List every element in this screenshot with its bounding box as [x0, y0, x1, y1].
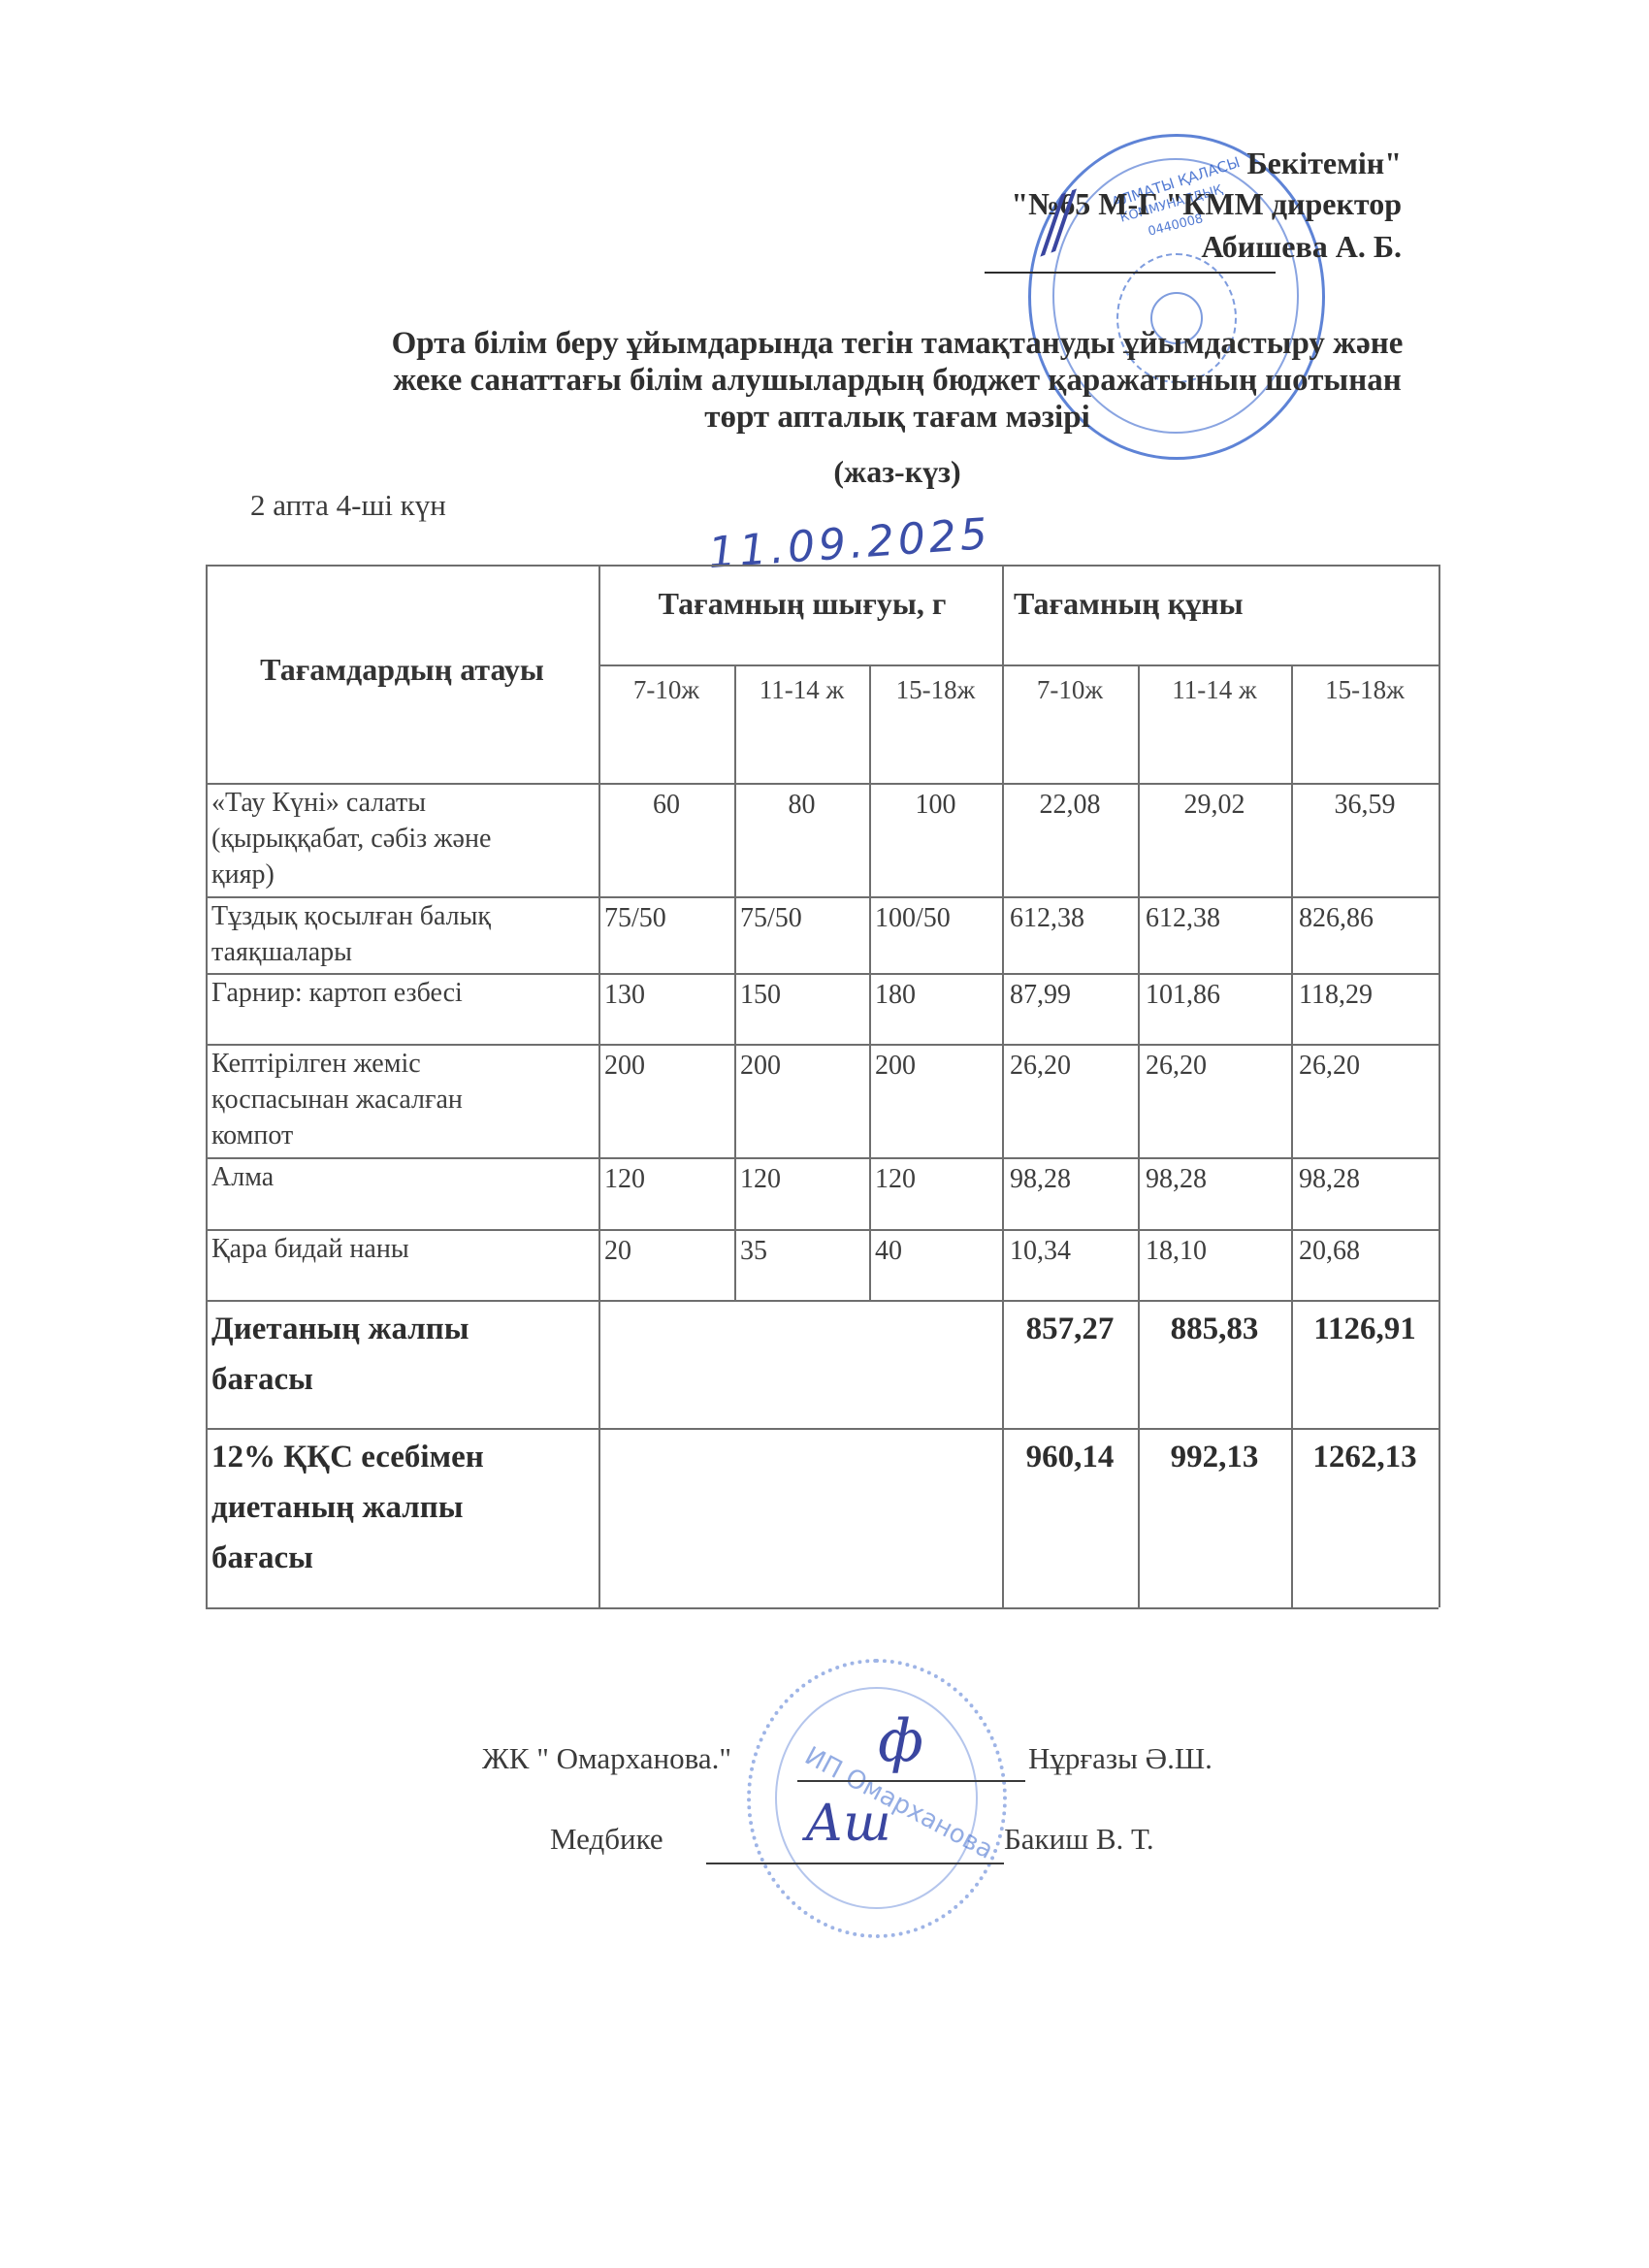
dish-name-line: компот	[211, 1118, 593, 1153]
cost-value: 612,38	[1010, 900, 1084, 936]
cost-value: 87,99	[1010, 977, 1071, 1013]
cost-value: 612,38	[1146, 900, 1220, 936]
approval-line-1: Бекітемін"	[1247, 144, 1403, 182]
total-cost-value: 885,83	[1138, 1304, 1291, 1354]
dish-name-line: Алма	[211, 1159, 593, 1195]
cost-value: 10,34	[1010, 1233, 1071, 1269]
output-value: 120	[604, 1161, 645, 1197]
total-price-vat-label: 12% ҚҚС есебімендиетаның жалпыбағасы	[211, 1432, 593, 1583]
table-rule-v	[206, 565, 208, 1607]
signature-line-1	[797, 1780, 1025, 1782]
table-rule-h	[206, 1300, 1439, 1302]
cost-value: 18,10	[1146, 1233, 1207, 1269]
approval-block: Бекітемін" "№65 М-Г "КММ директор Абишев…	[626, 144, 1402, 279]
output-value: 60	[598, 787, 734, 823]
total-label-line: бағасы	[211, 1354, 593, 1405]
cost-value: 101,86	[1146, 977, 1220, 1013]
table-rule-v	[734, 664, 736, 1300]
dish-name: «Тау Күні» салаты(қырыққабат, сәбіз және…	[211, 785, 593, 892]
signature-right-2: Бакиш В. Т.	[1004, 1822, 1154, 1857]
dish-name-line: қияр)	[211, 857, 593, 892]
total-cost-value: 960,14	[1002, 1432, 1138, 1482]
signature-nurse: Аш	[805, 1795, 891, 1853]
cost-value: 26,20	[1146, 1048, 1207, 1084]
dish-name-line: қоспасынан жасалған	[211, 1082, 593, 1118]
column-header-age: 11-14 ж	[1138, 672, 1291, 708]
cost-value: 22,08	[1002, 787, 1138, 823]
column-header-age: 11-14 ж	[734, 672, 869, 708]
cost-value: 826,86	[1299, 900, 1374, 936]
total-label-line: Диетаның жалпы	[211, 1304, 593, 1354]
output-value: 100/50	[875, 900, 951, 936]
table-rule-v	[1439, 565, 1440, 1607]
dish-name: Кептірілген жемісқоспасынан жасалғанкомп…	[211, 1046, 593, 1153]
total-cost-value: 857,27	[1002, 1304, 1138, 1354]
cost-value: 118,29	[1299, 977, 1373, 1013]
table-rule-v	[598, 565, 600, 1607]
output-value: 80	[734, 787, 869, 823]
signature-line-2	[706, 1863, 1004, 1864]
signature-left-2: Медбике	[550, 1822, 663, 1857]
column-group-cost: Тағамның құны	[1014, 586, 1431, 622]
cost-value: 98,28	[1010, 1161, 1071, 1197]
column-group-output: Тағамның шығуы, г	[610, 586, 994, 622]
cost-value: 98,28	[1299, 1161, 1360, 1197]
output-value: 200	[740, 1048, 781, 1084]
column-header-age: 7-10ж	[1002, 672, 1138, 708]
cost-value: 29,02	[1138, 787, 1291, 823]
table-rule-v	[1138, 664, 1140, 1300]
output-value: 35	[740, 1233, 767, 1269]
output-value: 130	[604, 977, 645, 1013]
week-day-label: 2 апта 4-ші күн	[250, 488, 446, 523]
dish-name-line: Қара бидай наны	[211, 1231, 593, 1267]
output-value: 180	[875, 977, 916, 1013]
total-cost-value: 1262,13	[1291, 1432, 1439, 1482]
cost-value: 26,20	[1299, 1048, 1360, 1084]
output-value: 40	[875, 1233, 902, 1269]
total-label-line: диетаның жалпы	[211, 1482, 593, 1533]
dish-name-line: (қырыққабат, сәбіз және	[211, 821, 593, 857]
dish-name: Тұздық қосылған балықтаяқшалары	[211, 898, 593, 970]
output-value: 200	[604, 1048, 645, 1084]
table-rule-v	[869, 664, 871, 1300]
director-signature-line	[985, 272, 1276, 274]
dish-name-line: таяқшалары	[211, 934, 593, 970]
total-label-line: бағасы	[211, 1533, 593, 1583]
dish-name-line: Тұздық қосылған балық	[211, 898, 593, 934]
output-value: 150	[740, 977, 781, 1013]
dish-name: Гарнир: картоп езбесі	[211, 975, 593, 1011]
output-value: 75/50	[604, 900, 666, 936]
table-rule-h	[206, 565, 1439, 567]
dish-name: Алма	[211, 1159, 593, 1195]
signature-right-1: Нұрғазы Ә.Ш.	[1028, 1741, 1212, 1776]
column-header-age: 15-18ж	[869, 672, 1002, 708]
title-line-1: Орта білім беру ұйымдарында тегін тамақт…	[242, 325, 1552, 362]
dish-name-line: Гарнир: картоп езбесі	[211, 975, 593, 1011]
dish-name: Қара бидай наны	[211, 1231, 593, 1267]
output-value: 200	[875, 1048, 916, 1084]
cost-value: 26,20	[1010, 1048, 1071, 1084]
document-title: Орта білім беру ұйымдарында тегін тамақт…	[242, 325, 1552, 436]
signature-left-1: ЖК " Омарханова."	[482, 1741, 731, 1776]
output-value: 100	[869, 787, 1002, 823]
total-cost-value: 992,13	[1138, 1432, 1291, 1482]
dish-name-line: Кептірілген жеміс	[211, 1046, 593, 1082]
title-line-3: төрт апталық тағам мәзірі	[242, 399, 1552, 436]
total-label-line: 12% ҚҚС есебімен	[211, 1432, 593, 1482]
menu-table: Тағамдардың атауыТағамның шығуы, гТағамн…	[206, 565, 1439, 1607]
output-value: 120	[875, 1161, 916, 1197]
approval-line-2: "№65 М-Г "КММ директор	[1011, 184, 1402, 223]
season-label: (жаз-күз)	[242, 454, 1552, 490]
table-rule-h	[598, 664, 1439, 666]
approval-line-3: Абишева А. Б.	[1201, 227, 1402, 266]
total-price-label: Диетаның жалпыбағасы	[211, 1304, 593, 1405]
table-rule-v	[1291, 664, 1293, 1300]
column-header-age: 15-18ж	[1291, 672, 1439, 708]
total-cost-value: 1126,91	[1291, 1304, 1439, 1354]
table-rule-h	[206, 1428, 1439, 1430]
cost-value: 20,68	[1299, 1233, 1360, 1269]
signature-entrepreneur: ф	[878, 1707, 923, 1775]
output-value: 75/50	[740, 900, 802, 936]
column-header-age: 7-10ж	[598, 672, 734, 708]
output-value: 20	[604, 1233, 631, 1269]
dish-name-line: «Тау Күні» салаты	[211, 785, 593, 821]
table-rule-h	[206, 1607, 1439, 1609]
cost-value: 36,59	[1291, 787, 1439, 823]
title-line-2: жеке санаттағы білім алушылардың бюджет …	[242, 362, 1552, 399]
output-value: 120	[740, 1161, 781, 1197]
cost-value: 98,28	[1146, 1161, 1207, 1197]
column-header-name: Тағамдардың атауы	[213, 652, 591, 688]
